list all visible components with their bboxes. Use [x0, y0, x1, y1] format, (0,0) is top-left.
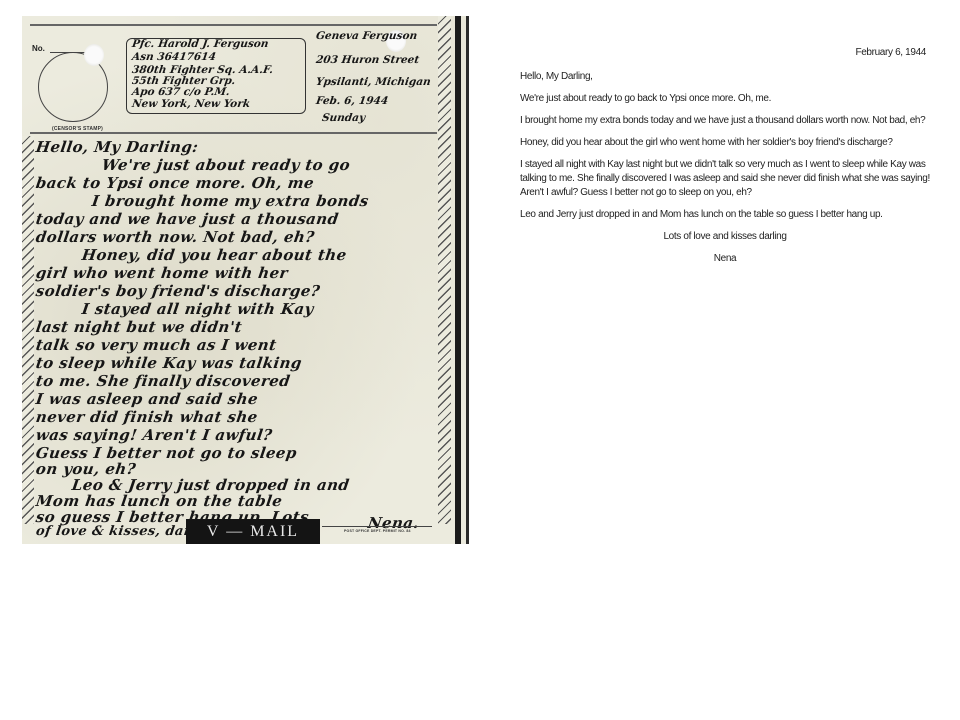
- header-rule: [30, 24, 437, 26]
- signature: Nena: [520, 252, 930, 266]
- handwritten-line: Hello, My Darling:: [35, 138, 200, 156]
- handwritten-line: dollars worth now. Not bad, eh?: [35, 228, 316, 246]
- handwritten-line: never did finish what she: [35, 408, 259, 426]
- punch-hole: [84, 44, 104, 66]
- addressee-line: New York, New York: [131, 98, 251, 110]
- scan-edge-outer: [466, 16, 469, 544]
- sender-line: Feb. 6, 1944: [315, 95, 389, 107]
- letter-transcription: February 6, 1944 Hello, My Darling, We'r…: [520, 46, 930, 274]
- post-office-permit-text: POST OFFICE DEPT. PERMIT NO. 84: [344, 529, 411, 533]
- censor-stamp-label: (CENSOR'S STAMP): [52, 126, 103, 132]
- addressee-line: Apo 637 c/o P.M.: [131, 86, 230, 98]
- handwritten-line: soldier's boy friend's discharge?: [35, 282, 322, 300]
- form-number-label: No.: [32, 44, 45, 53]
- handwritten-line: to sleep while Kay was talking: [35, 354, 303, 372]
- paragraph: Leo and Jerry just dropped in and Mom ha…: [520, 208, 930, 222]
- letter-date: February 6, 1944: [520, 46, 930, 60]
- paragraph: We're just about ready to go back to Yps…: [520, 92, 930, 106]
- salutation: Hello, My Darling,: [520, 70, 930, 84]
- handwritten-line: We're just about ready to go: [101, 156, 352, 174]
- vmail-banner: V — MAIL: [186, 519, 320, 544]
- handwritten-line: today and we have just a thousand: [35, 210, 340, 228]
- signature-rule: [322, 526, 432, 527]
- handwritten-line: I stayed all night with Kay: [81, 300, 315, 318]
- sender-line: Sunday: [321, 112, 366, 124]
- sender-line: 203 Huron Street: [315, 54, 420, 66]
- vmail-letter-scan: No. (CENSOR'S STAMP) Pfc. Harold J. Ferg…: [22, 16, 469, 544]
- paragraph: Honey, did you hear about the girl who w…: [520, 136, 930, 150]
- hatched-border-right: [438, 16, 451, 524]
- addressee-line: Pfc. Harold J. Ferguson: [131, 38, 269, 50]
- handwritten-line: to me. She finally discovered: [35, 372, 292, 390]
- handwritten-line: last night but we didn't: [35, 318, 244, 336]
- paragraph: I brought home my extra bonds today and …: [520, 114, 930, 128]
- sender-line: Ypsilanti, Michigan: [315, 76, 431, 88]
- handwritten-line: I was asleep and said she: [35, 390, 260, 408]
- header-rule: [30, 132, 437, 134]
- handwritten-line: back to Ypsi once more. Oh, me: [35, 174, 316, 192]
- scan-edge: [455, 16, 461, 544]
- handwritten-line: I brought home my extra bonds: [91, 192, 370, 210]
- handwritten-line: girl who went home with her: [35, 264, 289, 282]
- addressee-line: Asn 36417614: [131, 51, 216, 63]
- hatched-border-left: [22, 136, 34, 524]
- sender-line: Geneva Ferguson: [315, 30, 418, 42]
- handwritten-line: was saying! Aren't I awful?: [35, 426, 274, 444]
- closing: Lots of love and kisses darling: [520, 230, 930, 244]
- handwritten-line: talk so very much as I went: [35, 336, 278, 354]
- paragraph: I stayed all night with Kay last night b…: [520, 158, 930, 200]
- handwritten-line: Honey, did you hear about the: [81, 246, 348, 264]
